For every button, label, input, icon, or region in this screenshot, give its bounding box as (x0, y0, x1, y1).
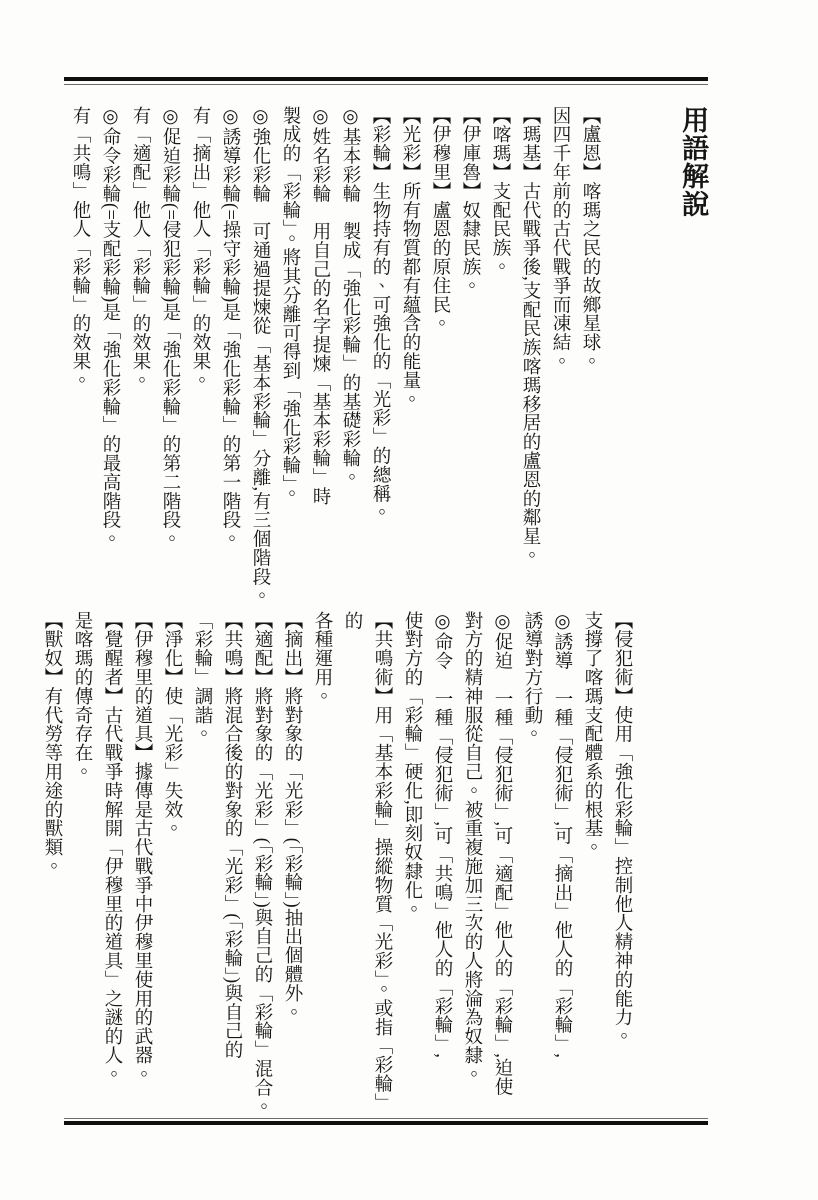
glossary-line: 【獸奴】有代勞等用途的獸類。 (37, 611, 67, 1117)
glossary-line: 【覺醒者】古代戰爭時解開「伊穆里的道具」之謎的人。 (97, 611, 127, 1117)
glossary-line: 【淨化】使「光彩」失效。 (157, 611, 187, 1117)
glossary-line: 【適配】將對象的「光彩」(「彩輪」)與自己的「彩輪」混合。 (247, 611, 277, 1117)
top-border-thin-rule (64, 84, 708, 85)
glossary-line: 各種運用。 (307, 611, 337, 1117)
glossary-line: 有「共鳴」他人「彩輪」的效果。 (65, 106, 95, 608)
glossary-line: 有「摘出」他人「彩輪」的效果。 (185, 106, 215, 608)
glossary-line: ◎誘導 一種「侵犯術」,可「摘出」他人的「彩輪」, (547, 611, 577, 1117)
glossary-line: 使對方的「彩輪」硬化,即刻奴隸化。 (397, 611, 427, 1117)
glossary-line: 【盧恩】喀瑪之民的故鄉星球。 (575, 106, 605, 608)
glossary-section-lower: 【侵犯術】使用「強化彩輪」控制他人精神的能力。支撐了喀瑪支配體系的根基。◎誘導 … (37, 611, 637, 1117)
glossary-line: ◎基本彩輪 製成「強化彩輪」的基礎彩輪。 (335, 106, 365, 608)
page-title: 用語解說 (676, 106, 710, 218)
glossary-line: ◎命令彩輪(=支配彩輪)是「強化彩輪」的最高階段。 (95, 106, 125, 608)
top-border-thick-rule (64, 77, 708, 81)
glossary-line: ◎促迫 一種「侵犯術」,可「適配」他人的「彩輪」,迫使 (487, 611, 517, 1117)
glossary-line: 【摘出】將對象的「光彩」(「彩輪」)抽出個體外。 (277, 611, 307, 1117)
glossary-line: ◎命令 一種「侵犯術」,可「共鳴」他人的「彩輪」, (427, 611, 457, 1117)
glossary-line: ◎強化彩輪 可通過提煉從「基本彩輪」分離,有三個階段。 (245, 106, 275, 608)
glossary-line: 【伊庫魯】奴隸民族。 (455, 106, 485, 608)
glossary-line: 有「適配」他人「彩輪」的效果。 (125, 106, 155, 608)
glossary-line: 【彩輪】生物持有的、可強化的「光彩」的總稱。 (365, 106, 395, 608)
glossary-line: 【伊穆里】盧恩的原住民。 (425, 106, 455, 608)
glossary-line: 【共鳴術】用「基本彩輪」操縱物質「光彩」。或指「彩輪」的 (337, 611, 397, 1117)
glossary-line: 對方的精神服從自己。被重複施加三次的人將淪為奴隸。 (457, 611, 487, 1117)
glossary-line: 【侵犯術】使用「強化彩輪」控制他人精神的能力。 (607, 611, 637, 1117)
glossary-line: 【瑪基】古代戰爭後,支配民族喀瑪移居的盧恩的鄰星。 (515, 106, 545, 608)
glossary-line: 是喀瑪的傳奇存在。 (67, 611, 97, 1117)
glossary-line: 【共鳴】將混合後的對象的「光彩」(「彩輪」)與自己的 (217, 611, 247, 1117)
glossary-line: 誘導對方行動。 (517, 611, 547, 1117)
glossary-line: 製成的「彩輪」。將其分離可得到「強化彩輪」。 (275, 106, 305, 608)
glossary-section-upper: 【盧恩】喀瑪之民的故鄉星球。因四千年前的古代戰爭而凍結。【瑪基】古代戰爭後,支配… (65, 106, 605, 608)
glossary-line: ◎姓名彩輪 用自己的名字提煉「基本彩輪」時 (305, 106, 335, 608)
bottom-border-thick-rule (64, 1121, 708, 1125)
glossary-line: 「彩輪」調諧。 (187, 611, 217, 1117)
glossary-line: 【伊穆里的道具】據傳是古代戰爭中伊穆里使用的武器。 (127, 611, 157, 1117)
glossary-line: 因四千年前的古代戰爭而凍結。 (545, 106, 575, 608)
glossary-line: 支撐了喀瑪支配體系的根基。 (577, 611, 607, 1117)
glossary-line: 【光彩】所有物質都有蘊含的能量。 (395, 106, 425, 608)
glossary-line: ◎促迫彩輪(=侵犯彩輪)是「強化彩輪」的第二階段。 (155, 106, 185, 608)
glossary-page: 用語解說 【盧恩】喀瑪之民的故鄉星球。因四千年前的古代戰爭而凍結。【瑪基】古代戰… (0, 0, 818, 1200)
glossary-line: ◎誘導彩輪(=操守彩輪)是「強化彩輪」的第一階段。 (215, 106, 245, 608)
glossary-line: 【喀瑪】支配民族。 (485, 106, 515, 608)
bottom-border-thin-rule (64, 1118, 708, 1119)
